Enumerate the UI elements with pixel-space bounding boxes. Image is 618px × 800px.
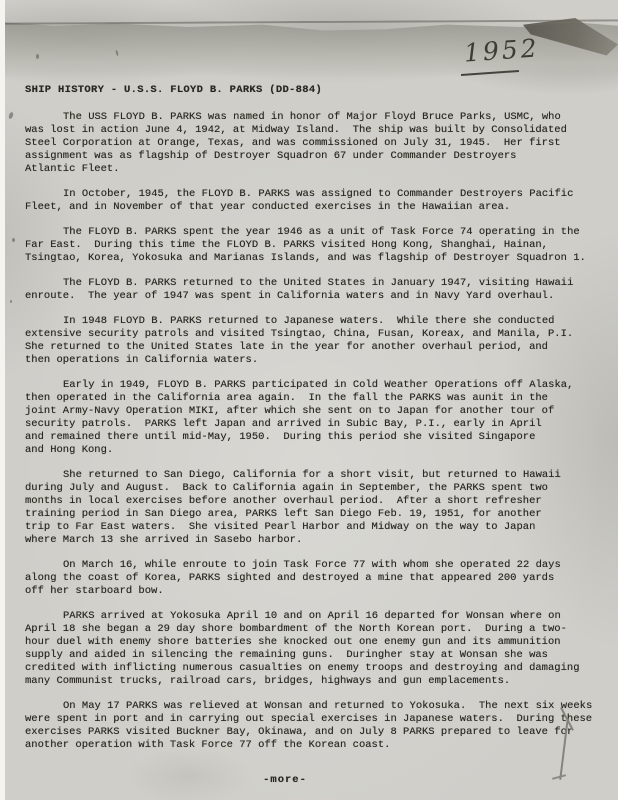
paragraph-1948-japan: In 1948 FLOYD B. PARKS returned to Japan… <box>25 315 600 367</box>
scan-smudge <box>12 238 15 242</box>
paragraph-wonsan-bombardment: PARKS arrived at Yokosuka April 10 and o… <box>25 610 600 688</box>
paragraph-1946-far-east: The FLOYD B. PARKS spent the year 1946 a… <box>25 226 600 265</box>
more-continuation-marker: -more- <box>25 774 600 787</box>
paragraph-mine-destroyed: On March 16, while enroute to join Task … <box>25 559 600 598</box>
paragraph-may-17-relief: On May 17 PARKS was relieved at Wonsan a… <box>25 700 600 752</box>
scan-smudge <box>10 300 12 303</box>
paragraph-1945-assignment: In October, 1945, the FLOYD B. PARKS was… <box>25 188 600 214</box>
handwritten-year: 1952 <box>463 33 540 67</box>
paragraph-naming: The USS FLOYD B. PARKS was named in hono… <box>25 111 600 176</box>
paragraph-1947-return: The FLOYD B. PARKS returned to the Unite… <box>25 277 600 303</box>
scanned-document-page: 1952 SHIP HISTORY - U.S.S. FLOYD B. PARK… <box>0 0 618 800</box>
paragraph-1950-1951: She returned to San Diego, California fo… <box>25 469 600 547</box>
document-title: SHIP HISTORY - U.S.S. FLOYD B. PARKS (DD… <box>25 84 600 97</box>
document-body: SHIP HISTORY - U.S.S. FLOYD B. PARKS (DD… <box>25 84 600 787</box>
paragraph-1949-operations: Early in 1949, FLOYD B. PARKS participat… <box>25 379 600 457</box>
scan-smudge <box>36 54 39 59</box>
